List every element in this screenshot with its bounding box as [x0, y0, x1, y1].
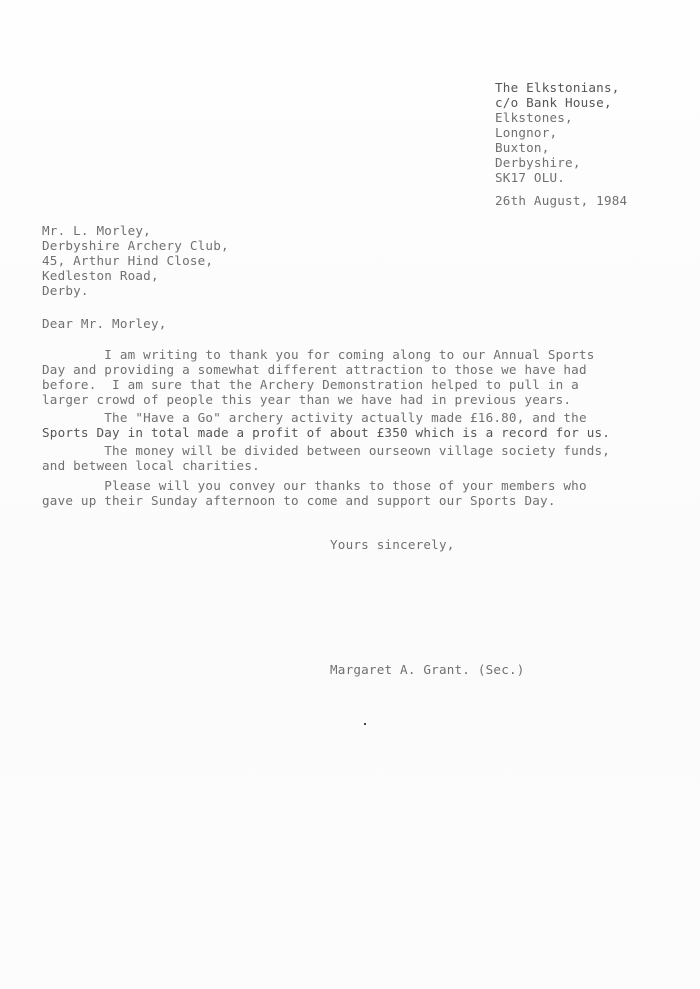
sender-line: Elkstones, [495, 110, 573, 125]
body-line: The "Have a Go" archery activity actuall… [42, 410, 587, 425]
recipient-line: Derbyshire Archery Club, [42, 238, 229, 253]
salutation: Dear Mr. Morley, [42, 316, 167, 331]
sender-line: Derbyshire, [495, 155, 581, 170]
letter-date: 26th August, 1984 [495, 193, 627, 208]
sender-line: The Elkstonians, [495, 80, 620, 95]
signature: Margaret A. Grant. (Sec.) [330, 662, 525, 677]
body-line: The money will be divided between ourseo… [42, 443, 610, 458]
closing: Yours sincerely, [330, 537, 455, 552]
ink-speck [364, 723, 366, 725]
sender-line: c/o Bank House, [495, 95, 612, 110]
letter-page: The Elkstonians, c/o Bank House, Elkston… [0, 0, 700, 989]
recipient-line: Derby. [42, 283, 89, 298]
body-line: gave up their Sunday afternoon to come a… [42, 493, 556, 508]
body-line: Day and providing a somewhat different a… [42, 362, 587, 377]
sender-line: SK17 OLU. [495, 170, 565, 185]
body-line: and between local charities. [42, 458, 260, 473]
body-line: before. I am sure that the Archery Demon… [42, 377, 579, 392]
body-line: Please will you convey our thanks to tho… [42, 478, 587, 493]
recipient-line: Mr. L. Morley, [42, 223, 151, 238]
sender-line: Buxton, [495, 140, 549, 155]
body-line: Sports Day in total made a profit of abo… [42, 425, 610, 440]
body-line: larger crowd of people this year than we… [42, 392, 571, 407]
recipient-line: 45, Arthur Hind Close, [42, 253, 213, 268]
sender-line: Longnor, [495, 125, 557, 140]
body-line: I am writing to thank you for coming alo… [42, 347, 595, 362]
recipient-line: Kedleston Road, [42, 268, 159, 283]
